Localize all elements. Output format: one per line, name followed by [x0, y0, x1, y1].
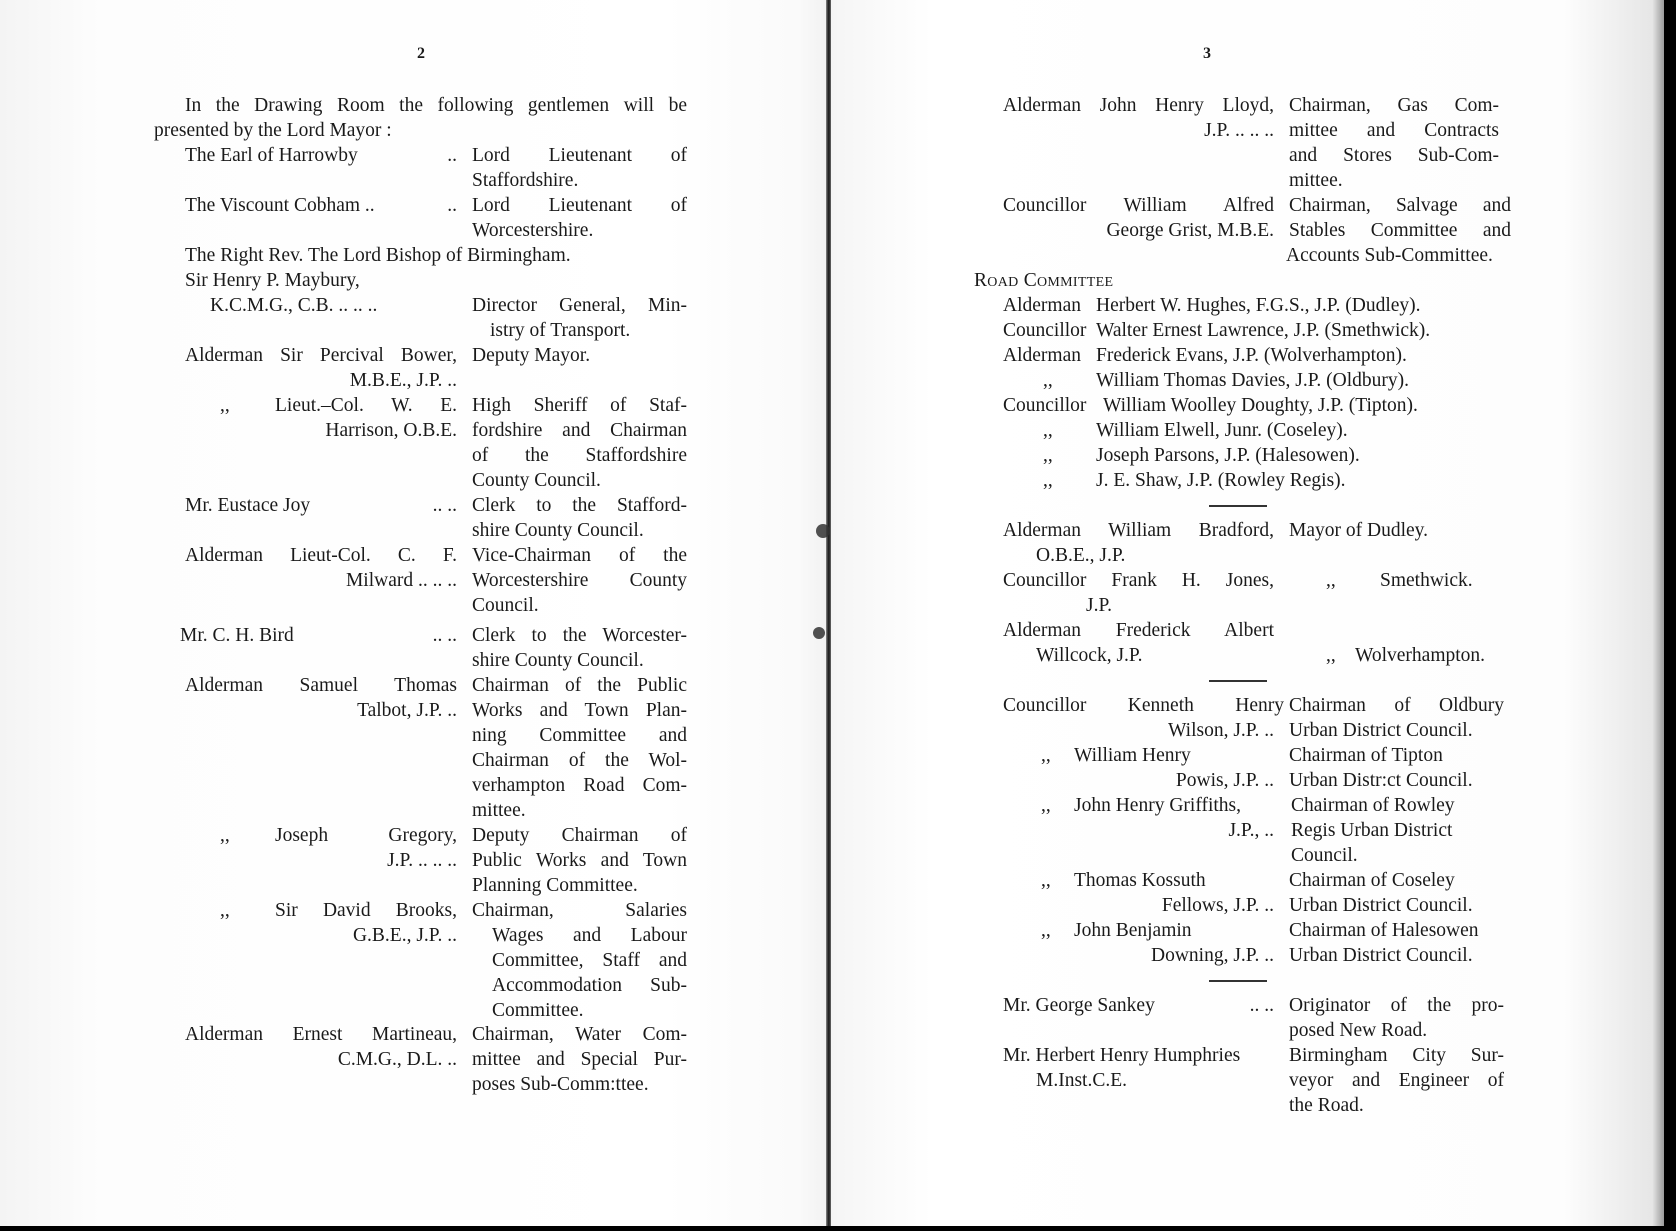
office-description: Chairman, Salaries	[472, 898, 687, 923]
office-description: Chairman, Water Com-	[472, 1022, 687, 1047]
office-description: Clerk to the Stafford-	[472, 493, 687, 518]
ditto-mark: ,,	[1043, 368, 1053, 393]
office-description: mittee.	[1289, 168, 1499, 193]
ditto-mark: ,,	[1041, 743, 1051, 768]
office-description: Urban District Council.	[1289, 943, 1504, 968]
office-description: Lord Lieutenant of	[472, 143, 687, 168]
office-description: Originator of the pro-	[1289, 993, 1504, 1018]
leader-dots: .. ..	[330, 493, 457, 518]
office-description: Chairman, Salvage and	[1289, 193, 1511, 218]
ditto-mark: ,,	[1326, 568, 1336, 593]
section-divider	[1209, 505, 1267, 507]
ditto-mark: ,,	[220, 823, 230, 848]
office-description: ning Committee and	[472, 723, 687, 748]
presentee-honours: Harrison, O.B.E.	[200, 418, 457, 443]
office-description: Director General, Min-	[472, 293, 687, 318]
leader-dots: ..	[330, 193, 457, 218]
committee-member: Joseph Parsons, J.P. (Halesowen).	[1096, 443, 1360, 468]
committee-member: William Elwell, Junr. (Coseley).	[1096, 418, 1348, 443]
ditto-mark: ,,	[1043, 443, 1053, 468]
office-description: shire County Council.	[472, 648, 687, 673]
office-description: Staffordshire.	[472, 168, 687, 193]
office-description: Urban Distr:ct Council.	[1289, 768, 1504, 793]
office-description: Council.	[1291, 843, 1506, 868]
member-title: Alderman	[1003, 293, 1081, 318]
office-description: Chairman of Oldbury	[1289, 693, 1504, 718]
presentee-name: Joseph Gregory,	[275, 823, 457, 848]
office-description: Chairman, Gas Com-	[1289, 93, 1499, 118]
ditto-mark: ,,	[1043, 468, 1053, 493]
presentee-honours: J.P.	[1086, 593, 1112, 618]
member-title: Alderman	[1003, 343, 1081, 368]
committee-member: Herbert W. Hughes, F.G.S., J.P. (Dudley)…	[1096, 293, 1421, 318]
presentee-honours: J.P. .. .. ..	[1081, 118, 1274, 143]
office-description: mittee and Special Pur-	[472, 1047, 687, 1072]
leader-dots: .. ..	[330, 623, 457, 648]
presentee-name: Sir Henry P. Maybury,	[185, 268, 360, 293]
presentee-honours: M.Inst.C.E.	[1036, 1068, 1127, 1093]
office-description: Chairman of the Wol-	[472, 748, 687, 773]
page-number: 3	[1203, 45, 1211, 63]
member-title: Councillor	[1003, 318, 1086, 343]
presentee-name: Thomas Kossuth	[1074, 868, 1206, 893]
presentee-name: Sir David Brooks,	[275, 898, 457, 923]
presentee-name: Lieut.–Col. W. E.	[275, 393, 457, 418]
office-description: Urban District Council.	[1289, 893, 1504, 918]
presentee-name: Alderman Samuel Thomas	[185, 673, 457, 698]
committee-member: Frederick Evans, J.P. (Wolverhampton).	[1096, 343, 1407, 368]
presentee-honours: O.B.E., J.P.	[1036, 543, 1125, 568]
office-description: Committee.	[492, 998, 687, 1023]
presentee-honours: J.P. .. .. ..	[200, 848, 457, 873]
ditto-mark: ,,	[1326, 643, 1336, 668]
office-description: the Road.	[1289, 1093, 1504, 1118]
office-description: Birmingham City Sur-	[1289, 1043, 1504, 1068]
ditto-mark: ,,	[1041, 793, 1051, 818]
presentee-name: Alderman William Bradford,	[1003, 518, 1274, 543]
office-description: Mayor of Dudley.	[1289, 518, 1428, 543]
presentee-name: Mr. C. H. Bird	[180, 623, 294, 648]
office-description: Regis Urban District	[1291, 818, 1506, 843]
office-description: Deputy Mayor.	[472, 343, 687, 368]
presentee-honours: Milward .. .. ..	[200, 568, 457, 593]
ditto-mark: ,,	[1041, 918, 1051, 943]
office-description: mittee.	[472, 798, 687, 823]
office-description: Committee, Staff and	[492, 948, 687, 973]
left-page: 2 In the Drawing Room the following gent…	[0, 0, 826, 1226]
office-description: veyor and Engineer of	[1289, 1068, 1504, 1093]
office-description: mittee and Contracts	[1289, 118, 1499, 143]
office-description: Chairman of Rowley	[1291, 793, 1506, 818]
office-description: Planning Committee.	[472, 873, 687, 898]
presentee-name: Councillor Frank H. Jones,	[1003, 568, 1274, 593]
page-number: 2	[417, 45, 425, 63]
office-description: Wolverhampton.	[1355, 643, 1485, 668]
leader-dots: ..	[330, 143, 457, 168]
presentee-honours: Powis, J.P. ..	[1091, 768, 1274, 793]
office-description: County Council.	[472, 468, 687, 493]
office-description: Accounts Sub-Committee.	[1286, 243, 1508, 268]
presentee-honours: Downing, J.P. ..	[1091, 943, 1274, 968]
office-description: Vice-Chairman of the	[472, 543, 687, 568]
presentee-name: John Henry Griffiths,	[1074, 793, 1241, 818]
intro-line: presented by the Lord Mayor :	[154, 118, 392, 143]
presentee-name: John Benjamin	[1074, 918, 1192, 943]
presentee-name: Alderman Lieut-Col. C. F.	[185, 543, 457, 568]
office-description: High Sheriff of Staf-	[472, 393, 687, 418]
committee-member: J. E. Shaw, J.P. (Rowley Regis).	[1096, 468, 1346, 493]
ditto-mark: ,,	[1041, 868, 1051, 893]
office-description: istry of Transport.	[490, 318, 705, 343]
presentee-name: Councillor William Alfred	[1003, 193, 1274, 218]
section-divider	[1209, 680, 1267, 682]
office-description: Urban District Council.	[1289, 718, 1504, 743]
presentee-name: William Henry	[1074, 743, 1191, 768]
office-description: Stables Committee and	[1289, 218, 1511, 243]
office-description: poses Sub-Comm:ttee.	[472, 1072, 687, 1097]
committee-member: William Thomas Davies, J.P. (Oldbury).	[1096, 368, 1409, 393]
presentee-name: Alderman Ernest Martineau,	[185, 1022, 457, 1047]
ditto-mark: ,,	[220, 393, 230, 418]
committee-member: William Woolley Doughty, J.P. (Tipton).	[1103, 393, 1418, 418]
presentee-name: Alderman Sir Percival Bower,	[185, 343, 457, 368]
presentee-name: Mr. Herbert Henry Humphries	[1003, 1043, 1240, 1068]
office-description: shire County Council.	[472, 518, 687, 543]
office-description: posed New Road.	[1289, 1018, 1504, 1043]
presentee-name: Alderman Frederick Albert	[1003, 618, 1274, 643]
office-description: Chairman of Tipton	[1289, 743, 1504, 768]
presentee-name: Alderman John Henry Lloyd,	[1003, 93, 1274, 118]
presentee-name: Mr. Eustace Joy	[185, 493, 310, 518]
office-description: Works and Town Plan-	[472, 698, 687, 723]
ditto-mark: ,,	[1043, 418, 1053, 443]
office-description: and Stores Sub-Com-	[1289, 143, 1499, 168]
office-description: Worcestershire County	[472, 568, 687, 593]
committee-member: Walter Ernest Lawrence, J.P. (Smethwick)…	[1096, 318, 1430, 343]
office-description: Wages and Labour	[492, 923, 687, 948]
office-description: of the Staffordshire	[472, 443, 687, 468]
presentee-name: Mr. George Sankey	[1003, 993, 1155, 1018]
presentee-name: The Right Rev. The Lord Bishop of Birmin…	[185, 243, 571, 268]
section-heading-road-committee: Road Committee	[974, 268, 1113, 293]
office-description: Worcestershire.	[472, 218, 687, 243]
presentee-honours: G.B.E., J.P. ..	[200, 923, 457, 948]
office-description: verhampton Road Com-	[472, 773, 687, 798]
presentee-honours: Wilson, J.P. ..	[1091, 718, 1274, 743]
presentee-honours: Fellows, J.P. ..	[1091, 893, 1274, 918]
presentee-name: Councillor Kenneth Henry	[1003, 693, 1284, 718]
presentee-honours: M.B.E., J.P. ..	[200, 368, 457, 393]
office-description: Clerk to the Worcester-	[472, 623, 687, 648]
office-description: Accommodation Sub-	[492, 973, 687, 998]
presentee-honours: J.P., ..	[1091, 818, 1274, 843]
office-description: Lord Lieutenant of	[472, 193, 687, 218]
presentee-honours: Talbot, J.P. ..	[200, 698, 457, 723]
presentee-honours: C.M.G., D.L. ..	[200, 1047, 457, 1072]
office-description: Deputy Chairman of	[472, 823, 687, 848]
presentee-honours: Willcock, J.P.	[1036, 643, 1142, 668]
office-description: Chairman of Coseley	[1289, 868, 1504, 893]
right-page: 3 Alderman John Henry Lloyd,J.P. .. .. .…	[831, 0, 1664, 1226]
presentee-honours: George Grist, M.B.E.	[1081, 218, 1274, 243]
member-title: Councillor	[1003, 393, 1086, 418]
office-description: Chairman of the Public	[472, 673, 687, 698]
intro-line: In the Drawing Room the following gentle…	[185, 93, 687, 118]
office-description: Smethwick.	[1380, 568, 1473, 593]
ditto-mark: ,,	[220, 898, 230, 923]
book-spread: 2 In the Drawing Room the following gent…	[0, 0, 1664, 1226]
office-description: fordshire and Chairman	[472, 418, 687, 443]
leader-dots: .. ..	[1191, 993, 1274, 1018]
office-description: Public Works and Town	[472, 848, 687, 873]
section-divider	[1209, 980, 1267, 982]
presentee-honours: K.C.M.G., C.B. .. .. ..	[210, 293, 377, 318]
office-description: Council.	[472, 593, 687, 618]
office-description: Chairman of Halesowen	[1289, 918, 1504, 943]
